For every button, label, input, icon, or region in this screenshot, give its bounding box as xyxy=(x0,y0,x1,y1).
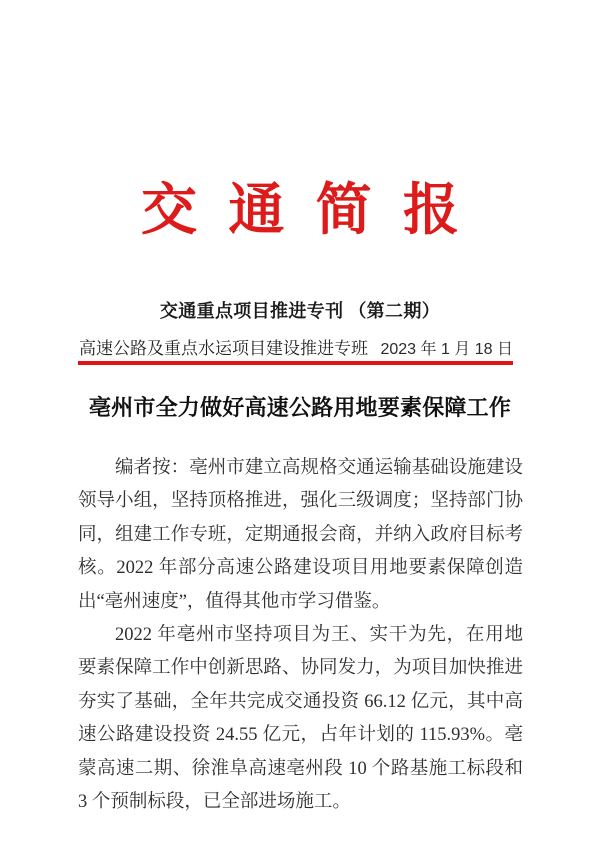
masthead-info-row: 高速公路及重点水运项目建设推进专班 2023 年 1 月 18 日 xyxy=(79,334,513,359)
issuing-unit: 高速公路及重点水运项目建设推进专班 xyxy=(79,334,368,359)
issue-date: 2023 年 1 月 18 日 xyxy=(380,336,513,359)
article-headline: 亳州市全力做好高速公路用地要素保障工作 xyxy=(0,391,600,422)
bulletin-title: 交通简报 xyxy=(0,178,600,245)
paragraph-achievements: 2022 年亳州市坚持项目为王、实干为先，在用地要素保障工作中创新思路、协同发力… xyxy=(78,619,523,819)
paragraph-editors-note: 编者按：亳州市建立高规格交通运输基础设施建设领导小组，坚持顶格推进，强化三级调度… xyxy=(78,452,523,619)
bulletin-page: 交通简报 交通重点项目推进专刊 （第二期） 高速公路及重点水运项目建设推进专班 … xyxy=(0,0,600,849)
bulletin-title-text: 交通简报 xyxy=(141,180,490,242)
article-body: 编者按：亳州市建立高规格交通运输基础设施建设领导小组，坚持顶格推进，强化三级调度… xyxy=(78,452,523,819)
issue-subtitle: 交通重点项目推进专刊 （第二期） xyxy=(0,297,600,323)
masthead-divider-rule xyxy=(78,361,513,365)
